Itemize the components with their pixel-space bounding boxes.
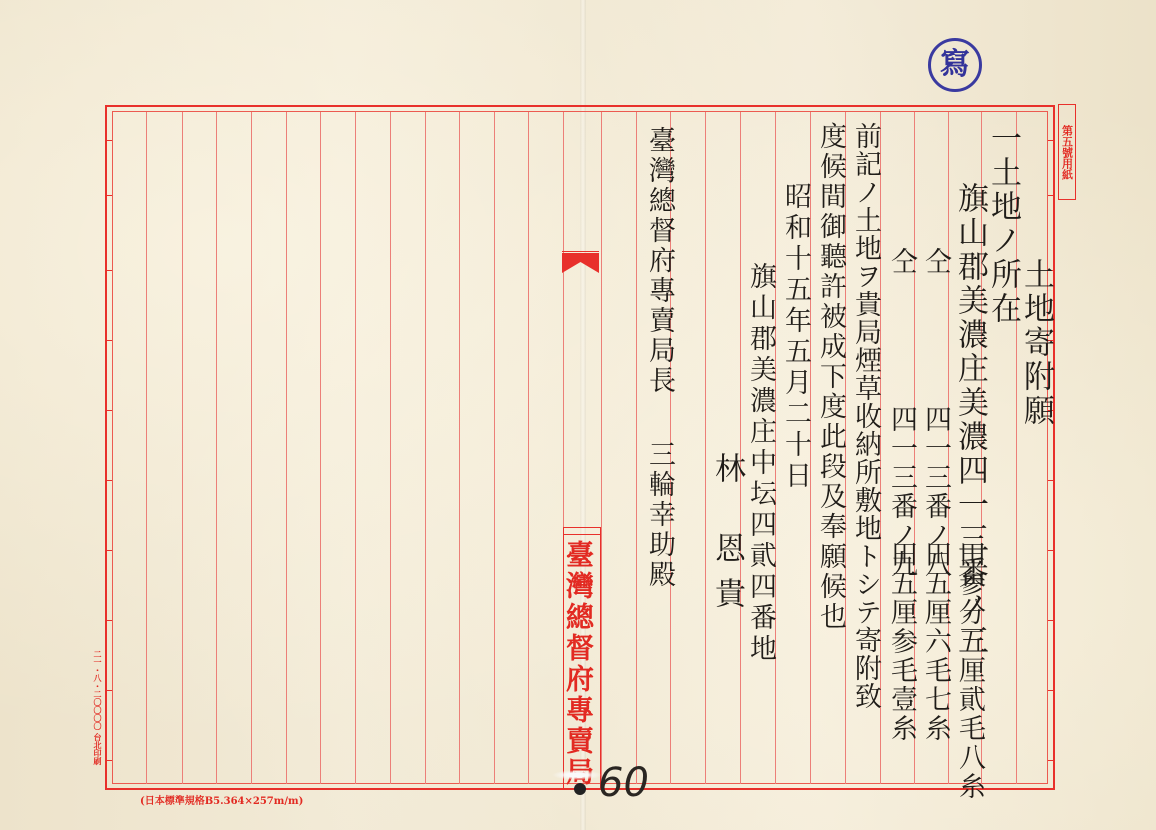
applicant-surname: 林: [705, 452, 750, 486]
column-rule-line: [636, 112, 637, 784]
margin-tick: [106, 690, 112, 691]
parcel-3-area: 田五厘参毛壹糸: [882, 540, 921, 743]
parcel-1-area: 田参分五厘貮毛八糸: [950, 540, 989, 801]
addressee-title: 臺灣總督府專賣局長: [640, 126, 679, 396]
column-rule-line: [528, 112, 529, 784]
binding-hole: [574, 783, 586, 795]
column-rule-line: [459, 112, 460, 784]
column-rule-line: [251, 112, 252, 784]
margin-tick: [106, 340, 112, 341]
margin-tick: [106, 620, 112, 621]
binding-tear: [552, 770, 602, 780]
column-rule-line: [705, 112, 706, 784]
column-rule-line: [355, 112, 356, 784]
column-rule-line: [320, 112, 321, 784]
margin-tick: [106, 760, 112, 761]
margin-tick: [1048, 760, 1054, 761]
column-rule-line: [146, 112, 147, 784]
parcel-3-ditto: 仝: [882, 247, 921, 276]
margin-tick: [106, 195, 112, 196]
column-rule-line: [286, 112, 287, 784]
margin-tick: [106, 410, 112, 411]
margin-tick: [1048, 620, 1054, 621]
margin-tick: [1048, 480, 1054, 481]
margin-tick: [1048, 195, 1054, 196]
column-rule-line: [494, 112, 495, 784]
column-rule-line: [216, 112, 217, 784]
margin-tick: [1048, 140, 1054, 141]
parcel-2-area: 田五厘六毛七糸: [916, 540, 955, 743]
copy-stamp: 寫: [928, 38, 982, 92]
petition-body-line-1: 前記ノ土地ヲ貴局煙草收納所敷地トシテ寄附致: [846, 122, 885, 710]
column-rule-line: [425, 112, 426, 784]
margin-tick: [1048, 690, 1054, 691]
column-rule-line: [601, 112, 602, 784]
column-rule-line: [390, 112, 391, 784]
bureau-imprint: 臺灣總督府專賣局: [566, 540, 598, 788]
form-number-label: 第五號用紙: [1058, 104, 1076, 200]
column-rule-line: [182, 112, 183, 784]
margin-tick: [106, 480, 112, 481]
parcel-2-ditto: 仝: [916, 247, 955, 276]
page-number: 60: [598, 760, 649, 806]
margin-tick: [106, 550, 112, 551]
printer-imprint: 二一・八・二〇〇〇〇 台北印刷: [93, 650, 104, 765]
margin-tick: [1048, 550, 1054, 551]
petition-body-line-2: 度候間御聽許被成下度此段及奉願候也: [811, 122, 850, 632]
petition-date: 昭和十五年五月二十日: [776, 182, 815, 492]
fold-mark-line: [562, 251, 599, 252]
addressee-name: 三輪幸助殿: [640, 440, 679, 590]
margin-tick: [106, 270, 112, 271]
applicant-given-name: 恩貴: [705, 532, 750, 622]
margin-tick: [106, 140, 112, 141]
paper-spec-imprint: (日本標準規格B5.364×257m/m): [140, 792, 303, 807]
